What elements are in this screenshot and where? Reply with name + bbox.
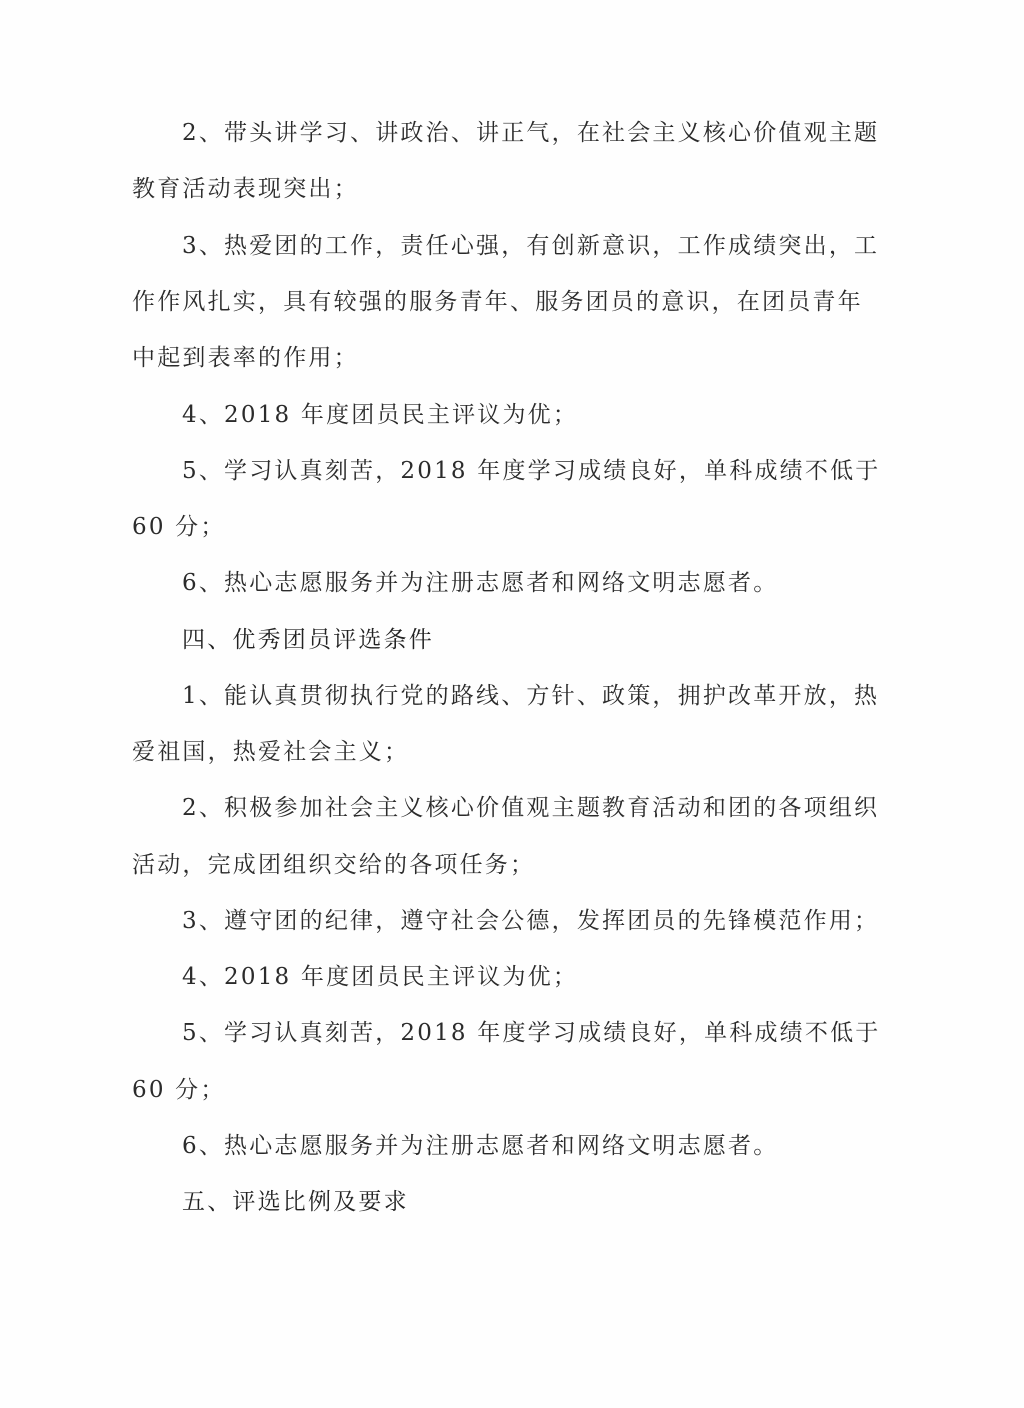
text-line: 5、学习认真刻苦，2018 年度学习成绩良好，单科成绩不低于 xyxy=(182,1018,880,1048)
document-page: 2、带头讲学习、讲政治、讲正气，在社会主义核心价值观主题 教育活动表现突出； 3… xyxy=(0,0,1024,1408)
text-line: 60 分； xyxy=(132,1075,226,1105)
text-line: 60 分； xyxy=(132,512,226,542)
text-line: 活动，完成团组织交给的各项任务； xyxy=(132,850,535,880)
text-line: 爱祖国，热爱社会主义； xyxy=(132,737,409,767)
text-line: 中起到表率的作用； xyxy=(132,343,359,373)
text-line: 6、热心志愿服务并为注册志愿者和网络文明志愿者。 xyxy=(182,568,778,598)
text-line: 1、能认真贯彻执行党的路线、方针、政策，拥护改革开放，热 xyxy=(182,681,879,711)
text-line: 教育活动表现突出； xyxy=(132,174,359,204)
section-heading: 四、优秀团员评选条件 xyxy=(182,625,434,655)
text-line: 2、带头讲学习、讲政治、讲正气，在社会主义核心价值观主题 xyxy=(182,118,879,148)
text-line: 4、2018 年度团员民主评议为优； xyxy=(182,962,578,992)
text-line: 2、积极参加社会主义核心价值观主题教育活动和团的各项组织 xyxy=(182,793,879,823)
section-heading: 五、评选比例及要求 xyxy=(182,1187,409,1217)
text-line: 5、学习认真刻苦，2018 年度学习成绩良好，单科成绩不低于 xyxy=(182,456,880,486)
text-line: 6、热心志愿服务并为注册志愿者和网络文明志愿者。 xyxy=(182,1131,778,1161)
text-line: 4、2018 年度团员民主评议为优； xyxy=(182,400,578,430)
text-line: 3、热爱团的工作，责任心强，有创新意识，工作成绩突出，工 xyxy=(182,231,879,261)
text-line: 作作风扎实，具有较强的服务青年、服务团员的意识，在团员青年 xyxy=(132,287,863,317)
text-line: 3、遵守团的纪律，遵守社会公德，发挥团员的先锋模范作用； xyxy=(182,906,879,936)
